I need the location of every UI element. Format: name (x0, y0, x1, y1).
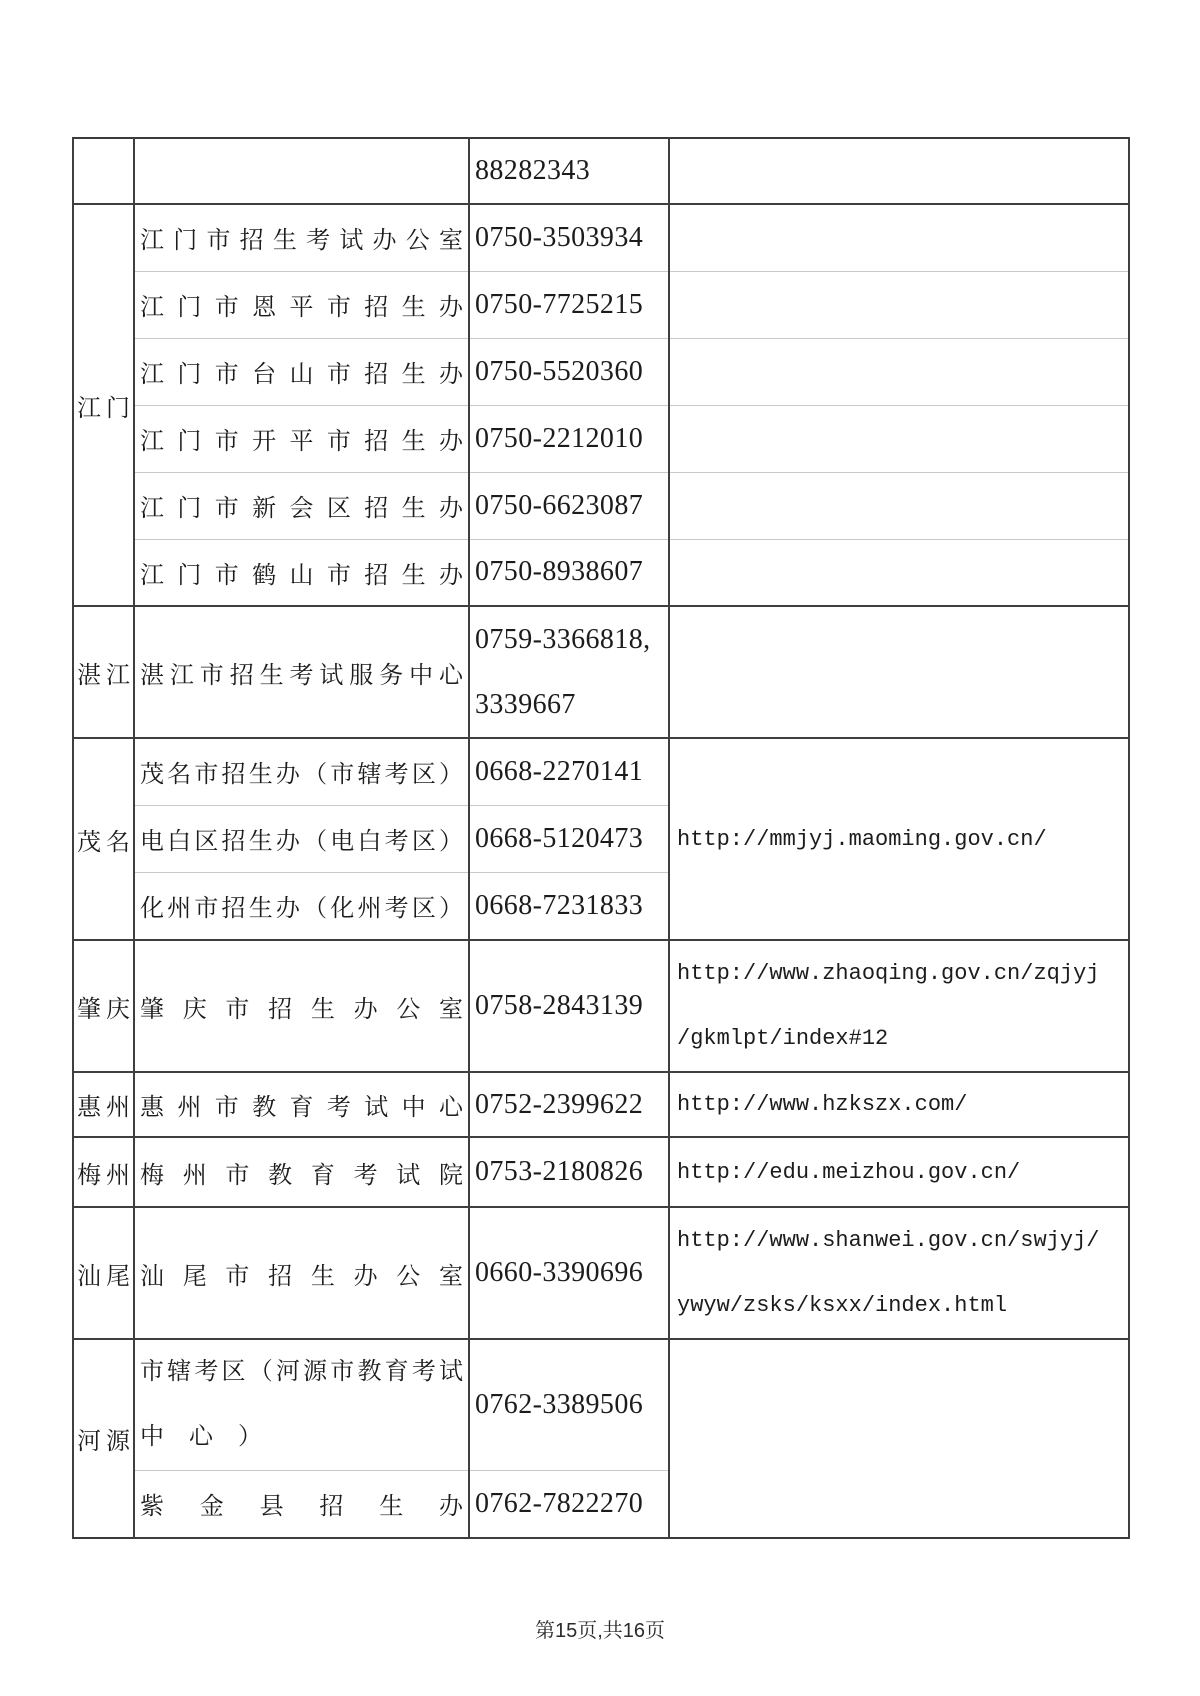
city-cell-huizhou: 惠州 (73, 1072, 134, 1137)
website-line: ywyw/zsks/ksxx/index.html (670, 1273, 1128, 1338)
office-cell: 惠州市教育考试中心 (134, 1072, 469, 1137)
office-cell: 江门市招生考试办公室 (134, 204, 469, 271)
phone-line: 3339667 (470, 672, 668, 737)
office-cell: 江门市开平市招生办 (134, 405, 469, 472)
table-row: 江门市鹤山市招生办 0750-8938607 (73, 539, 1129, 606)
phone-cell: 0750-8938607 (469, 539, 669, 606)
office-cell: 市辖考区（河源市教育考试 中心） (134, 1339, 469, 1471)
table-row: 汕尾 汕尾市招生办公室 0660-3390696 http://www.shan… (73, 1207, 1129, 1339)
table-row: 江门 江门市招生考试办公室 0750-3503934 (73, 204, 1129, 271)
table-row: 惠州 惠州市教育考试中心 0752-2399622 http://www.hzk… (73, 1072, 1129, 1137)
phone-line: 0759-3366818, (470, 607, 668, 672)
table-row: 梅州 梅州市教育考试院 0753-2180826 http://edu.meiz… (73, 1137, 1129, 1207)
office-cell: 电白区招生办（电白考区） (134, 805, 469, 872)
office-cell: 汕尾市招生办公室 (134, 1207, 469, 1339)
phone-cell: 0750-2212010 (469, 405, 669, 472)
page-number: 第15页,共16页 (0, 1614, 1200, 1643)
city-cell-shanwei: 汕尾 (73, 1207, 134, 1339)
table-row: 江门市恩平市招生办 0750-7725215 (73, 271, 1129, 338)
website-cell: http://www.hzkszx.com/ (669, 1072, 1129, 1137)
city-cell-zhanjiang: 湛江 (73, 606, 134, 738)
website-line: /gkmlpt/index#12 (670, 1006, 1128, 1071)
phone-cell: 0668-7231833 (469, 872, 669, 940)
website-cell (669, 138, 1129, 204)
phone-cell: 0758-2843139 (469, 940, 669, 1072)
table-row: 江门市新会区招生办 0750-6623087 (73, 472, 1129, 539)
table-row: 88282343 (73, 138, 1129, 204)
city-cell-meizhou: 梅州 (73, 1137, 134, 1207)
office-cell: 湛江市招生考试服务中心 (134, 606, 469, 738)
city-cell-maoming: 茂名 (73, 738, 134, 940)
phone-cell: 0750-6623087 (469, 472, 669, 539)
city-cell-heyuan: 河源 (73, 1339, 134, 1538)
office-cell: 紫金县招生办 (134, 1471, 469, 1538)
website-cell: http://mmjyj.maoming.gov.cn/ (669, 738, 1129, 940)
office-cell: 肇庆市招生办公室 (134, 940, 469, 1072)
office-cell: 江门市恩平市招生办 (134, 271, 469, 338)
office-cell: 茂名市招生办（市辖考区） (134, 738, 469, 805)
website-cell (669, 1339, 1129, 1538)
office-cell: 江门市新会区招生办 (134, 472, 469, 539)
website-cell: http://www.zhaoqing.gov.cn/zqjyj /gkmlpt… (669, 940, 1129, 1072)
phone-cell: 0668-2270141 (469, 738, 669, 805)
office-cell: 江门市鹤山市招生办 (134, 539, 469, 606)
website-cell (669, 405, 1129, 472)
table-row: 江门市开平市招生办 0750-2212010 (73, 405, 1129, 472)
office-cell: 梅州市教育考试院 (134, 1137, 469, 1207)
website-cell (669, 539, 1129, 606)
office-cell: 江门市台山市招生办 (134, 338, 469, 405)
table-row: 江门市台山市招生办 0750-5520360 (73, 338, 1129, 405)
phone-cell: 88282343 (469, 138, 669, 204)
city-cell-jiangmen: 江门 (73, 204, 134, 606)
website-cell (669, 271, 1129, 338)
contact-table: 88282343 江门 江门市招生考试办公室 0750-3503934 江门市恩… (72, 137, 1130, 1539)
table-row: 茂名 茂名市招生办（市辖考区） 0668-2270141 http://mmjy… (73, 738, 1129, 805)
office-cell: 化州市招生办（化州考区） (134, 872, 469, 940)
website-cell: http://www.shanwei.gov.cn/swjyj/ ywyw/zs… (669, 1207, 1129, 1339)
website-cell (669, 204, 1129, 271)
phone-cell: 0762-3389506 (469, 1339, 669, 1471)
phone-cell: 0753-2180826 (469, 1137, 669, 1207)
website-cell (669, 606, 1129, 738)
website-cell (669, 338, 1129, 405)
city-cell (73, 138, 134, 204)
table-row: 肇庆 肇庆市招生办公室 0758-2843139 http://www.zhao… (73, 940, 1129, 1072)
office-line: 市辖考区（河源市教育考试 (135, 1340, 468, 1405)
phone-cell: 0762-7822270 (469, 1471, 669, 1538)
phone-cell: 0660-3390696 (469, 1207, 669, 1339)
website-line: http://www.zhaoqing.gov.cn/zqjyj (670, 941, 1128, 1006)
city-cell-zhaoqing: 肇庆 (73, 940, 134, 1072)
phone-cell: 0750-3503934 (469, 204, 669, 271)
table-row: 河源 市辖考区（河源市教育考试 中心） 0762-3389506 (73, 1339, 1129, 1471)
office-line: 中心） (135, 1405, 468, 1470)
phone-cell: 0750-7725215 (469, 271, 669, 338)
website-line: http://www.shanwei.gov.cn/swjyj/ (670, 1208, 1128, 1273)
website-cell (669, 472, 1129, 539)
phone-cell: 0752-2399622 (469, 1072, 669, 1137)
phone-cell: 0668-5120473 (469, 805, 669, 872)
website-cell: http://edu.meizhou.gov.cn/ (669, 1137, 1129, 1207)
phone-cell: 0759-3366818, 3339667 (469, 606, 669, 738)
table-row: 湛江 湛江市招生考试服务中心 0759-3366818, 3339667 (73, 606, 1129, 738)
phone-cell: 0750-5520360 (469, 338, 669, 405)
office-cell (134, 138, 469, 204)
